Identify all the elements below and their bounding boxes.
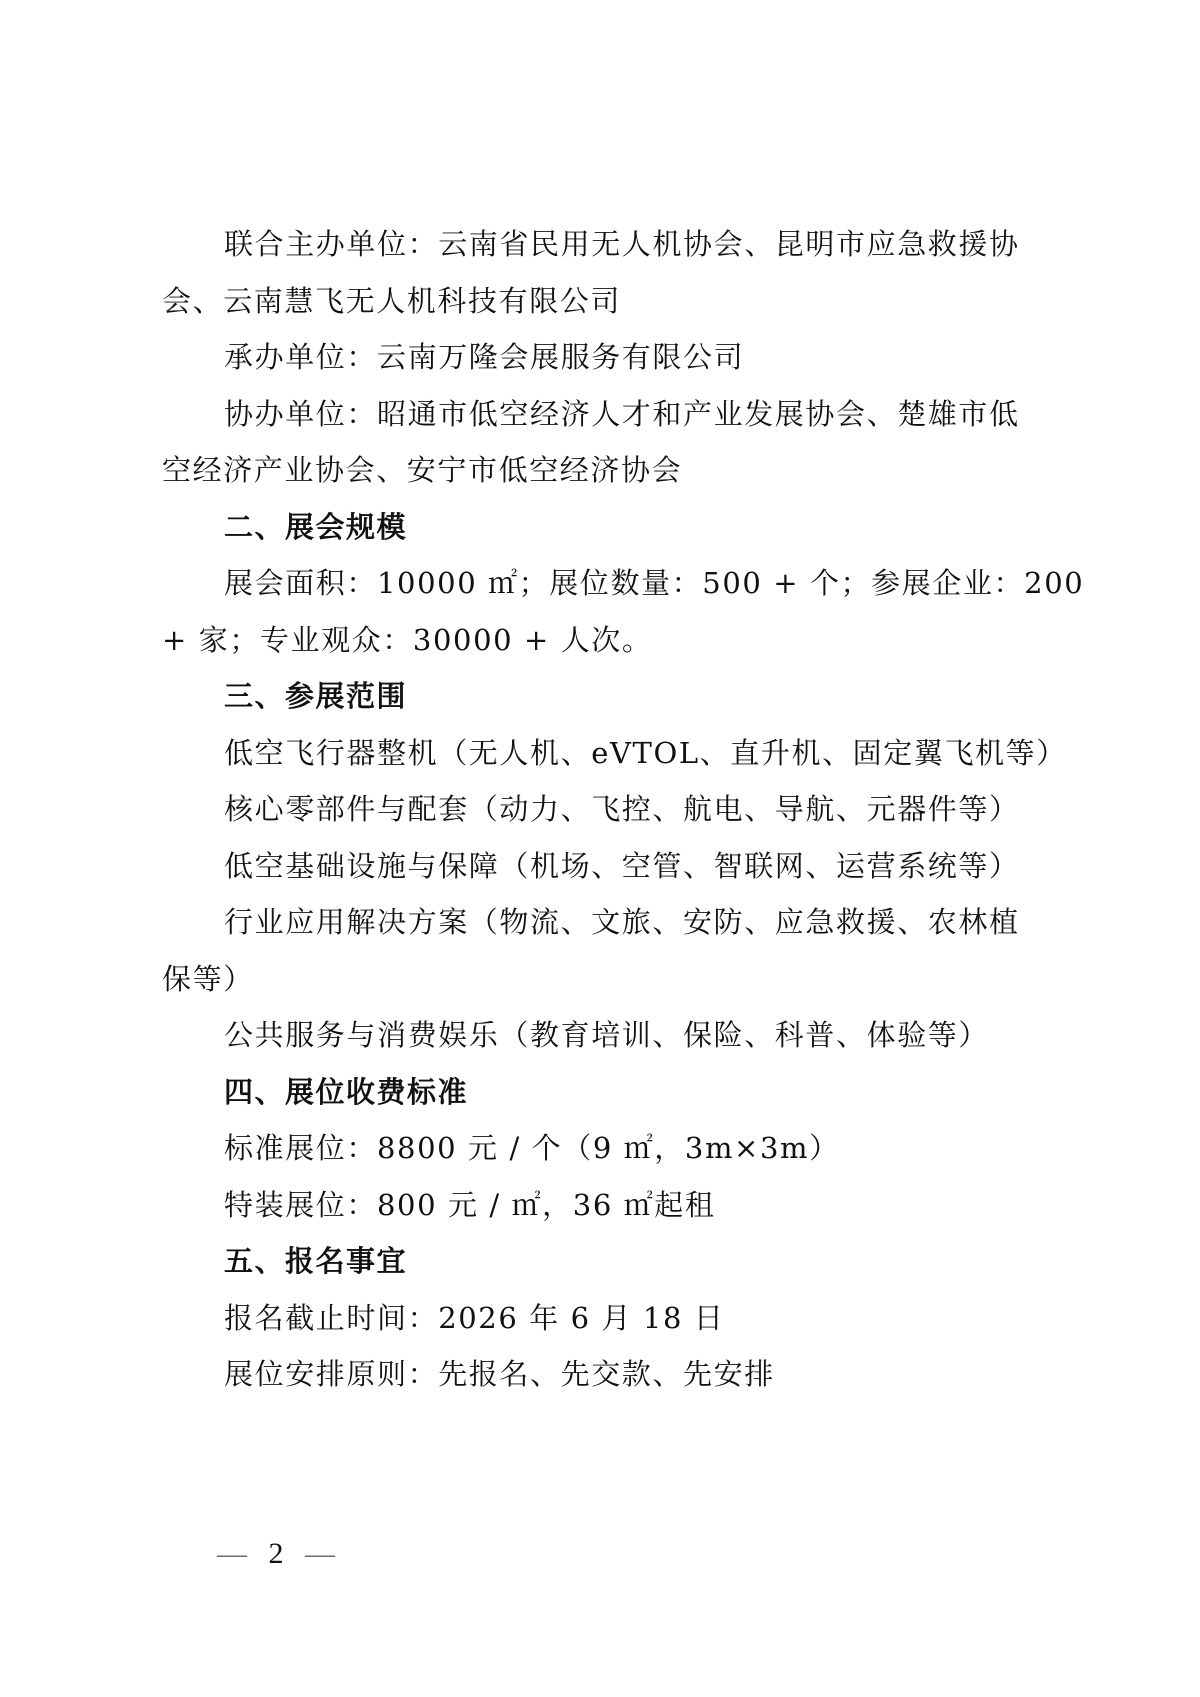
undertaker-line: 承办单位：云南万隆会展服务有限公司 — [162, 329, 1032, 386]
section-heading-fees: 四、展位收费标准 — [162, 1064, 1032, 1121]
scale-line-1: 展会面积：10000 ㎡；展位数量：500 + 个；参展企业：200 — [162, 555, 1032, 612]
footer-dash-left: — — [217, 1537, 247, 1570]
fee-standard-booth: 标准展位：8800 元 / 个（9 ㎡，3m×3m） — [162, 1120, 1032, 1177]
registration-deadline: 报名截止时间：2026 年 6 月 18 日 — [162, 1290, 1032, 1347]
assisting-organizers-line-2: 空经济产业协会、安宁市低空经济协会 — [162, 442, 1032, 499]
document-page: 联合主办单位：云南省民用无人机协会、昆明市应急救援协 会、云南慧飞无人机科技有限… — [0, 0, 1200, 1697]
assisting-organizers-line-1: 协办单位：昭通市低空经济人才和产业发展协会、楚雄市低 — [162, 386, 1032, 443]
page-number-footer: — 2 — — [217, 1536, 335, 1572]
fee-special-booth: 特装展位：800 元 / ㎡，36 ㎡起租 — [162, 1177, 1032, 1234]
scope-item-aircraft: 低空飞行器整机（无人机、eVTOL、直升机、固定翼飞机等） — [162, 725, 1032, 782]
section-heading-scale: 二、展会规模 — [162, 499, 1032, 556]
page-number: 2 — [269, 1537, 284, 1570]
scope-item-components: 核心零部件与配套（动力、飞控、航电、导航、元器件等） — [162, 781, 1032, 838]
scope-item-industry-solutions-cont: 保等） — [162, 951, 1032, 1008]
scope-item-infrastructure: 低空基础设施与保障（机场、空管、智联网、运营系统等） — [162, 838, 1032, 895]
document-body: 联合主办单位：云南省民用无人机协会、昆明市应急救援协 会、云南慧飞无人机科技有限… — [162, 216, 1032, 1403]
footer-dash-right: — — [305, 1537, 335, 1570]
section-heading-registration: 五、报名事宜 — [162, 1233, 1032, 1290]
booth-arrangement-principle: 展位安排原则：先报名、先交款、先安排 — [162, 1346, 1032, 1403]
section-heading-scope: 三、参展范围 — [162, 668, 1032, 725]
co-host-organizers-line-1: 联合主办单位：云南省民用无人机协会、昆明市应急救援协 — [162, 216, 1032, 273]
scale-line-2: + 家；专业观众：30000 + 人次。 — [162, 612, 1032, 669]
co-host-organizers-line-2: 会、云南慧飞无人机科技有限公司 — [162, 273, 1032, 330]
scope-item-public-services: 公共服务与消费娱乐（教育培训、保险、科普、体验等） — [162, 1007, 1032, 1064]
scope-item-industry-solutions: 行业应用解决方案（物流、文旅、安防、应急救援、农林植 — [162, 894, 1032, 951]
